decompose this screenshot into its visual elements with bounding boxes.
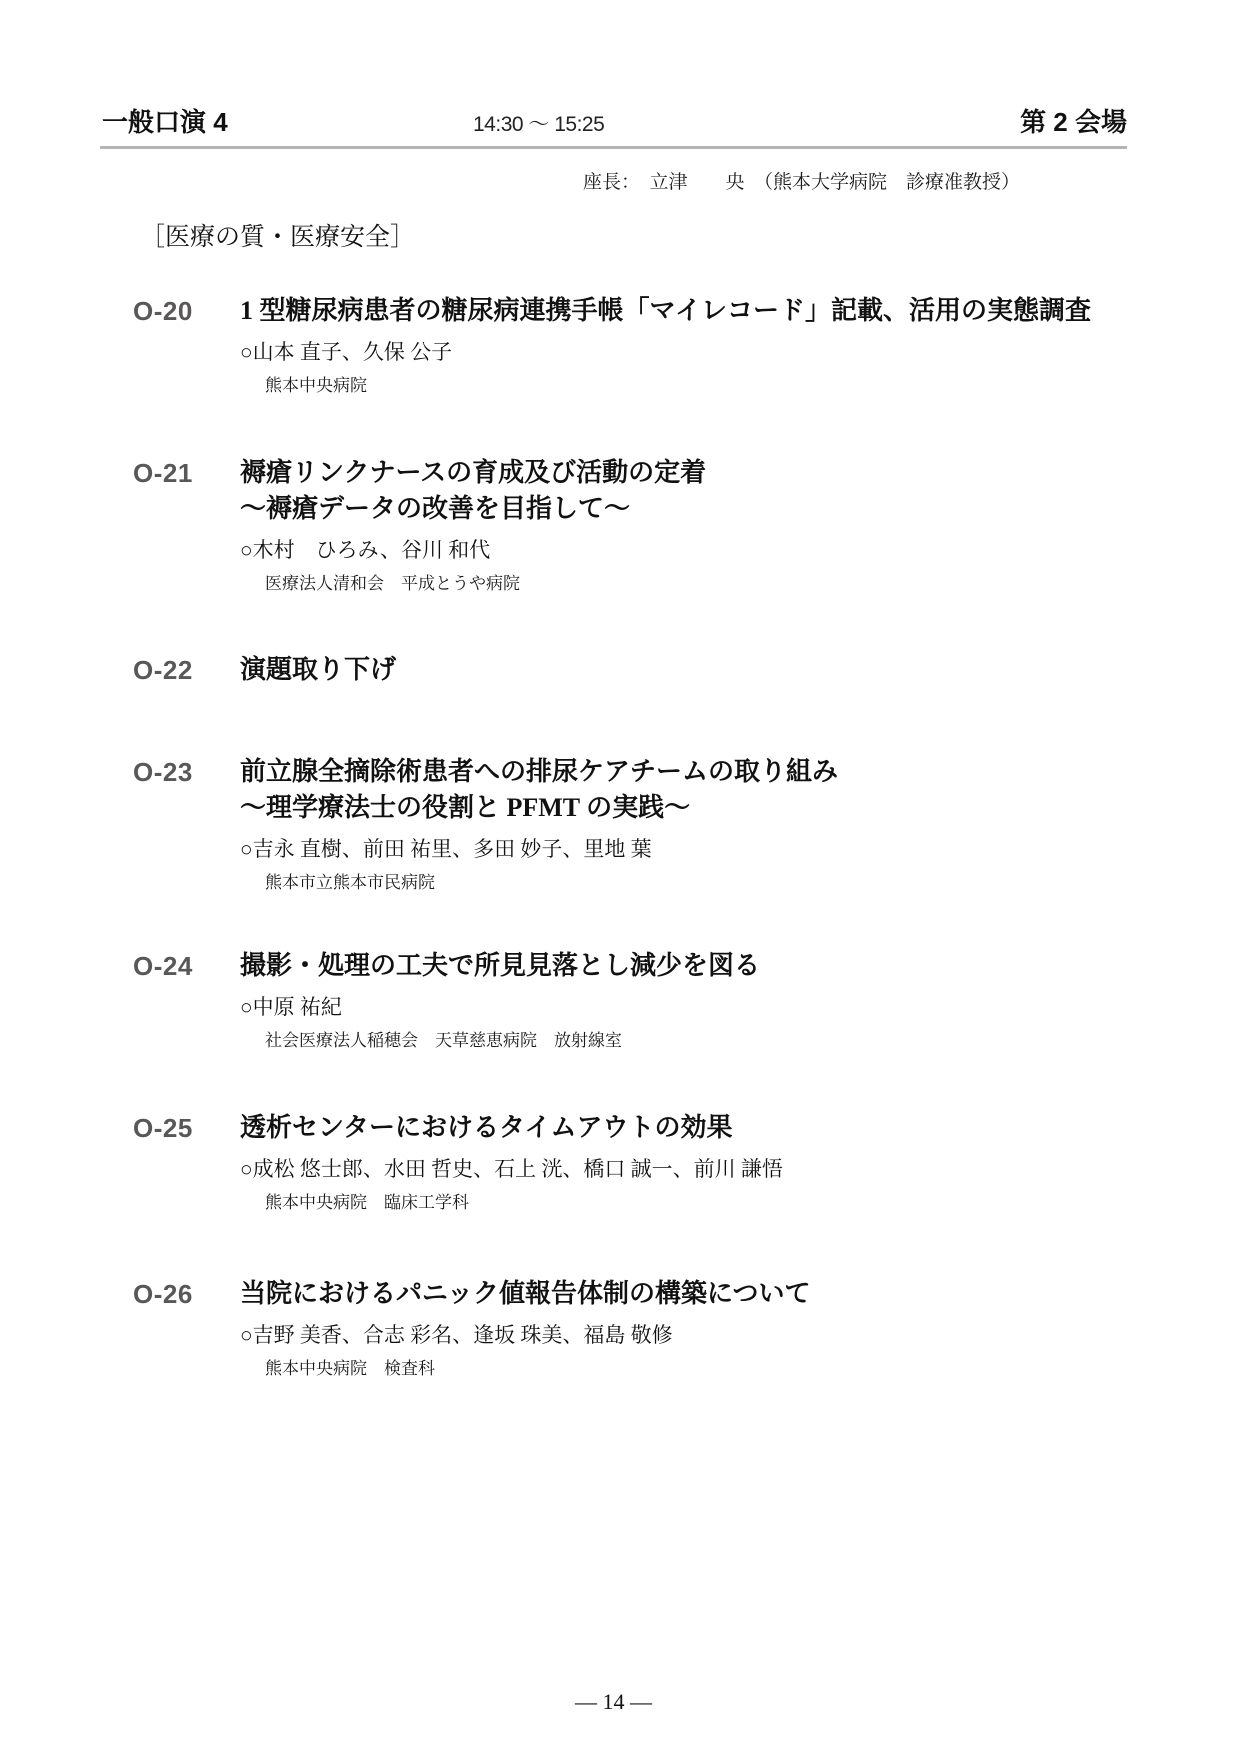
presentation-authors: ○吉永 直樹、前田 祐里、多田 妙子、里地 葉 — [240, 835, 1140, 863]
presentation-authors: ○山本 直子、久保 公子 — [240, 338, 1140, 366]
presentation-title: 当院におけるパニック値報告体制の構築について — [240, 1276, 1140, 1312]
presentation-title: 1 型糖尿病患者の糖尿病連携手帳「マイレコード」記載、活用の実態調査 — [240, 293, 1140, 329]
program-page: 一般口演 4 14:30 ～ 15:25 第 2 会場 座長： 立津 央 （熊本… — [0, 0, 1240, 1754]
presentation-subtitle: ～褥瘡データの改善を目指して～ — [240, 491, 1140, 527]
presentation-affiliation: 医療法人清和会 平成とうや病院 — [240, 573, 1140, 595]
presentation-authors: ○木村 ひろみ、谷川 和代 — [240, 536, 1140, 564]
presentation-code: O-24 — [133, 948, 193, 984]
presentation-content: 褥瘡リンクナースの育成及び活動の定着 ～褥瘡データの改善を目指して～ ○木村 ひ… — [240, 455, 1140, 595]
presentation-authors: ○吉野 美香、合志 彩名、逢坂 珠美、福島 敬修 — [240, 1321, 1140, 1349]
presentation-content: 透析センターにおけるタイムアウトの効果 ○成松 悠士郎、水田 哲史、石上 洸、橋… — [240, 1110, 1140, 1214]
presentation-affiliation: 熊本中央病院 — [240, 375, 1140, 397]
presentation-title: 透析センターにおけるタイムアウトの効果 — [240, 1110, 1140, 1146]
session-type-label: 一般口演 4 — [102, 106, 228, 138]
presentation-affiliation: 社会医療法人稲穂会 天草慈恵病院 放射線室 — [240, 1030, 1140, 1052]
presentation-code: O-25 — [133, 1110, 193, 1146]
presentation-code: O-20 — [133, 293, 193, 329]
presentation-content: 当院におけるパニック値報告体制の構築について ○吉野 美香、合志 彩名、逢坂 珠… — [240, 1276, 1140, 1380]
presentation-authors: ○中原 祐紀 — [240, 993, 1140, 1021]
presentation-subtitle: ～理学療法士の役割と PFMT の実践～ — [240, 790, 1140, 826]
header-divider-rule — [100, 146, 1127, 149]
presentation-affiliation: 熊本市立熊本市民病院 — [240, 872, 1140, 894]
session-chair-line: 座長： 立津 央 （熊本大学病院 診療准教授） — [583, 170, 1020, 196]
presentation-affiliation: 熊本中央病院 臨床工学科 — [240, 1192, 1140, 1214]
presentation-content: 前立腺全摘除術患者への排尿ケアチームの取り組み ～理学療法士の役割と PFMT … — [240, 754, 1140, 894]
presentation-code: O-21 — [133, 455, 193, 491]
presentation-title: 褥瘡リンクナースの育成及び活動の定着 — [240, 455, 1140, 491]
presentation-title: 前立腺全摘除術患者への排尿ケアチームの取り組み — [240, 754, 1140, 790]
category-label: ［医療の質・医療安全］ — [140, 220, 415, 256]
presentation-title: 演題取り下げ — [240, 652, 1140, 688]
presentation-content: 演題取り下げ — [240, 652, 1140, 688]
session-time-range: 14:30 ～ 15:25 — [473, 112, 604, 138]
presentation-title: 撮影・処理の工夫で所見見落とし減少を図る — [240, 948, 1140, 984]
presentation-code: O-23 — [133, 754, 193, 790]
presentation-affiliation: 熊本中央病院 検査科 — [240, 1358, 1140, 1380]
presentation-code: O-26 — [133, 1276, 193, 1312]
presentation-authors: ○成松 悠士郎、水田 哲史、石上 洸、橋口 誠一、前川 謙悟 — [240, 1155, 1140, 1183]
presentation-content: 1 型糖尿病患者の糖尿病連携手帳「マイレコード」記載、活用の実態調査 ○山本 直… — [240, 293, 1140, 397]
page-number: — 14 — — [100, 1688, 1127, 1716]
venue-label: 第 2 会場 — [1020, 106, 1127, 138]
presentation-code: O-22 — [133, 652, 193, 688]
presentation-content: 撮影・処理の工夫で所見見落とし減少を図る ○中原 祐紀 社会医療法人稲穂会 天草… — [240, 948, 1140, 1052]
